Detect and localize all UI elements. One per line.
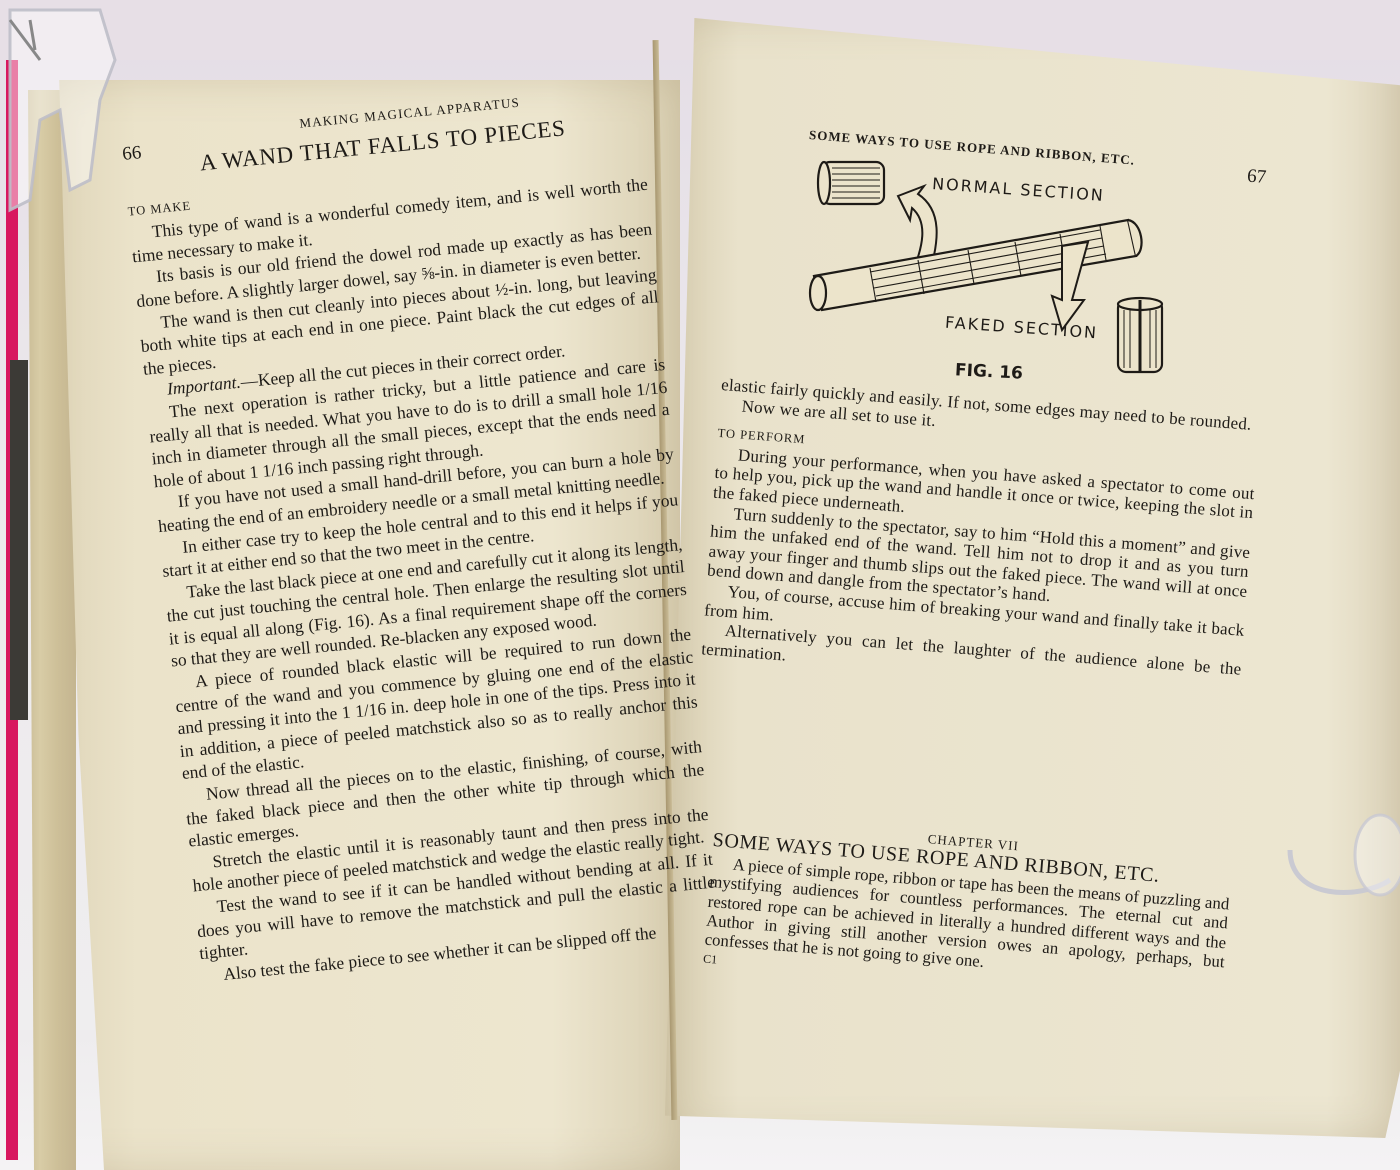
page-clip-icon <box>1280 800 1400 910</box>
normal-section-piece <box>818 162 884 204</box>
book-cover-band <box>10 360 28 720</box>
page-number: 67 <box>1246 166 1267 189</box>
page-clip-icon <box>0 0 125 220</box>
left-page-text: 66 MAKING MAGICAL APPARATUS A WAND THAT … <box>120 80 720 987</box>
figure-caption: FIG. 16 <box>955 360 1024 384</box>
right-page-text: elastic fairly quickly and easily. If no… <box>701 375 1261 699</box>
